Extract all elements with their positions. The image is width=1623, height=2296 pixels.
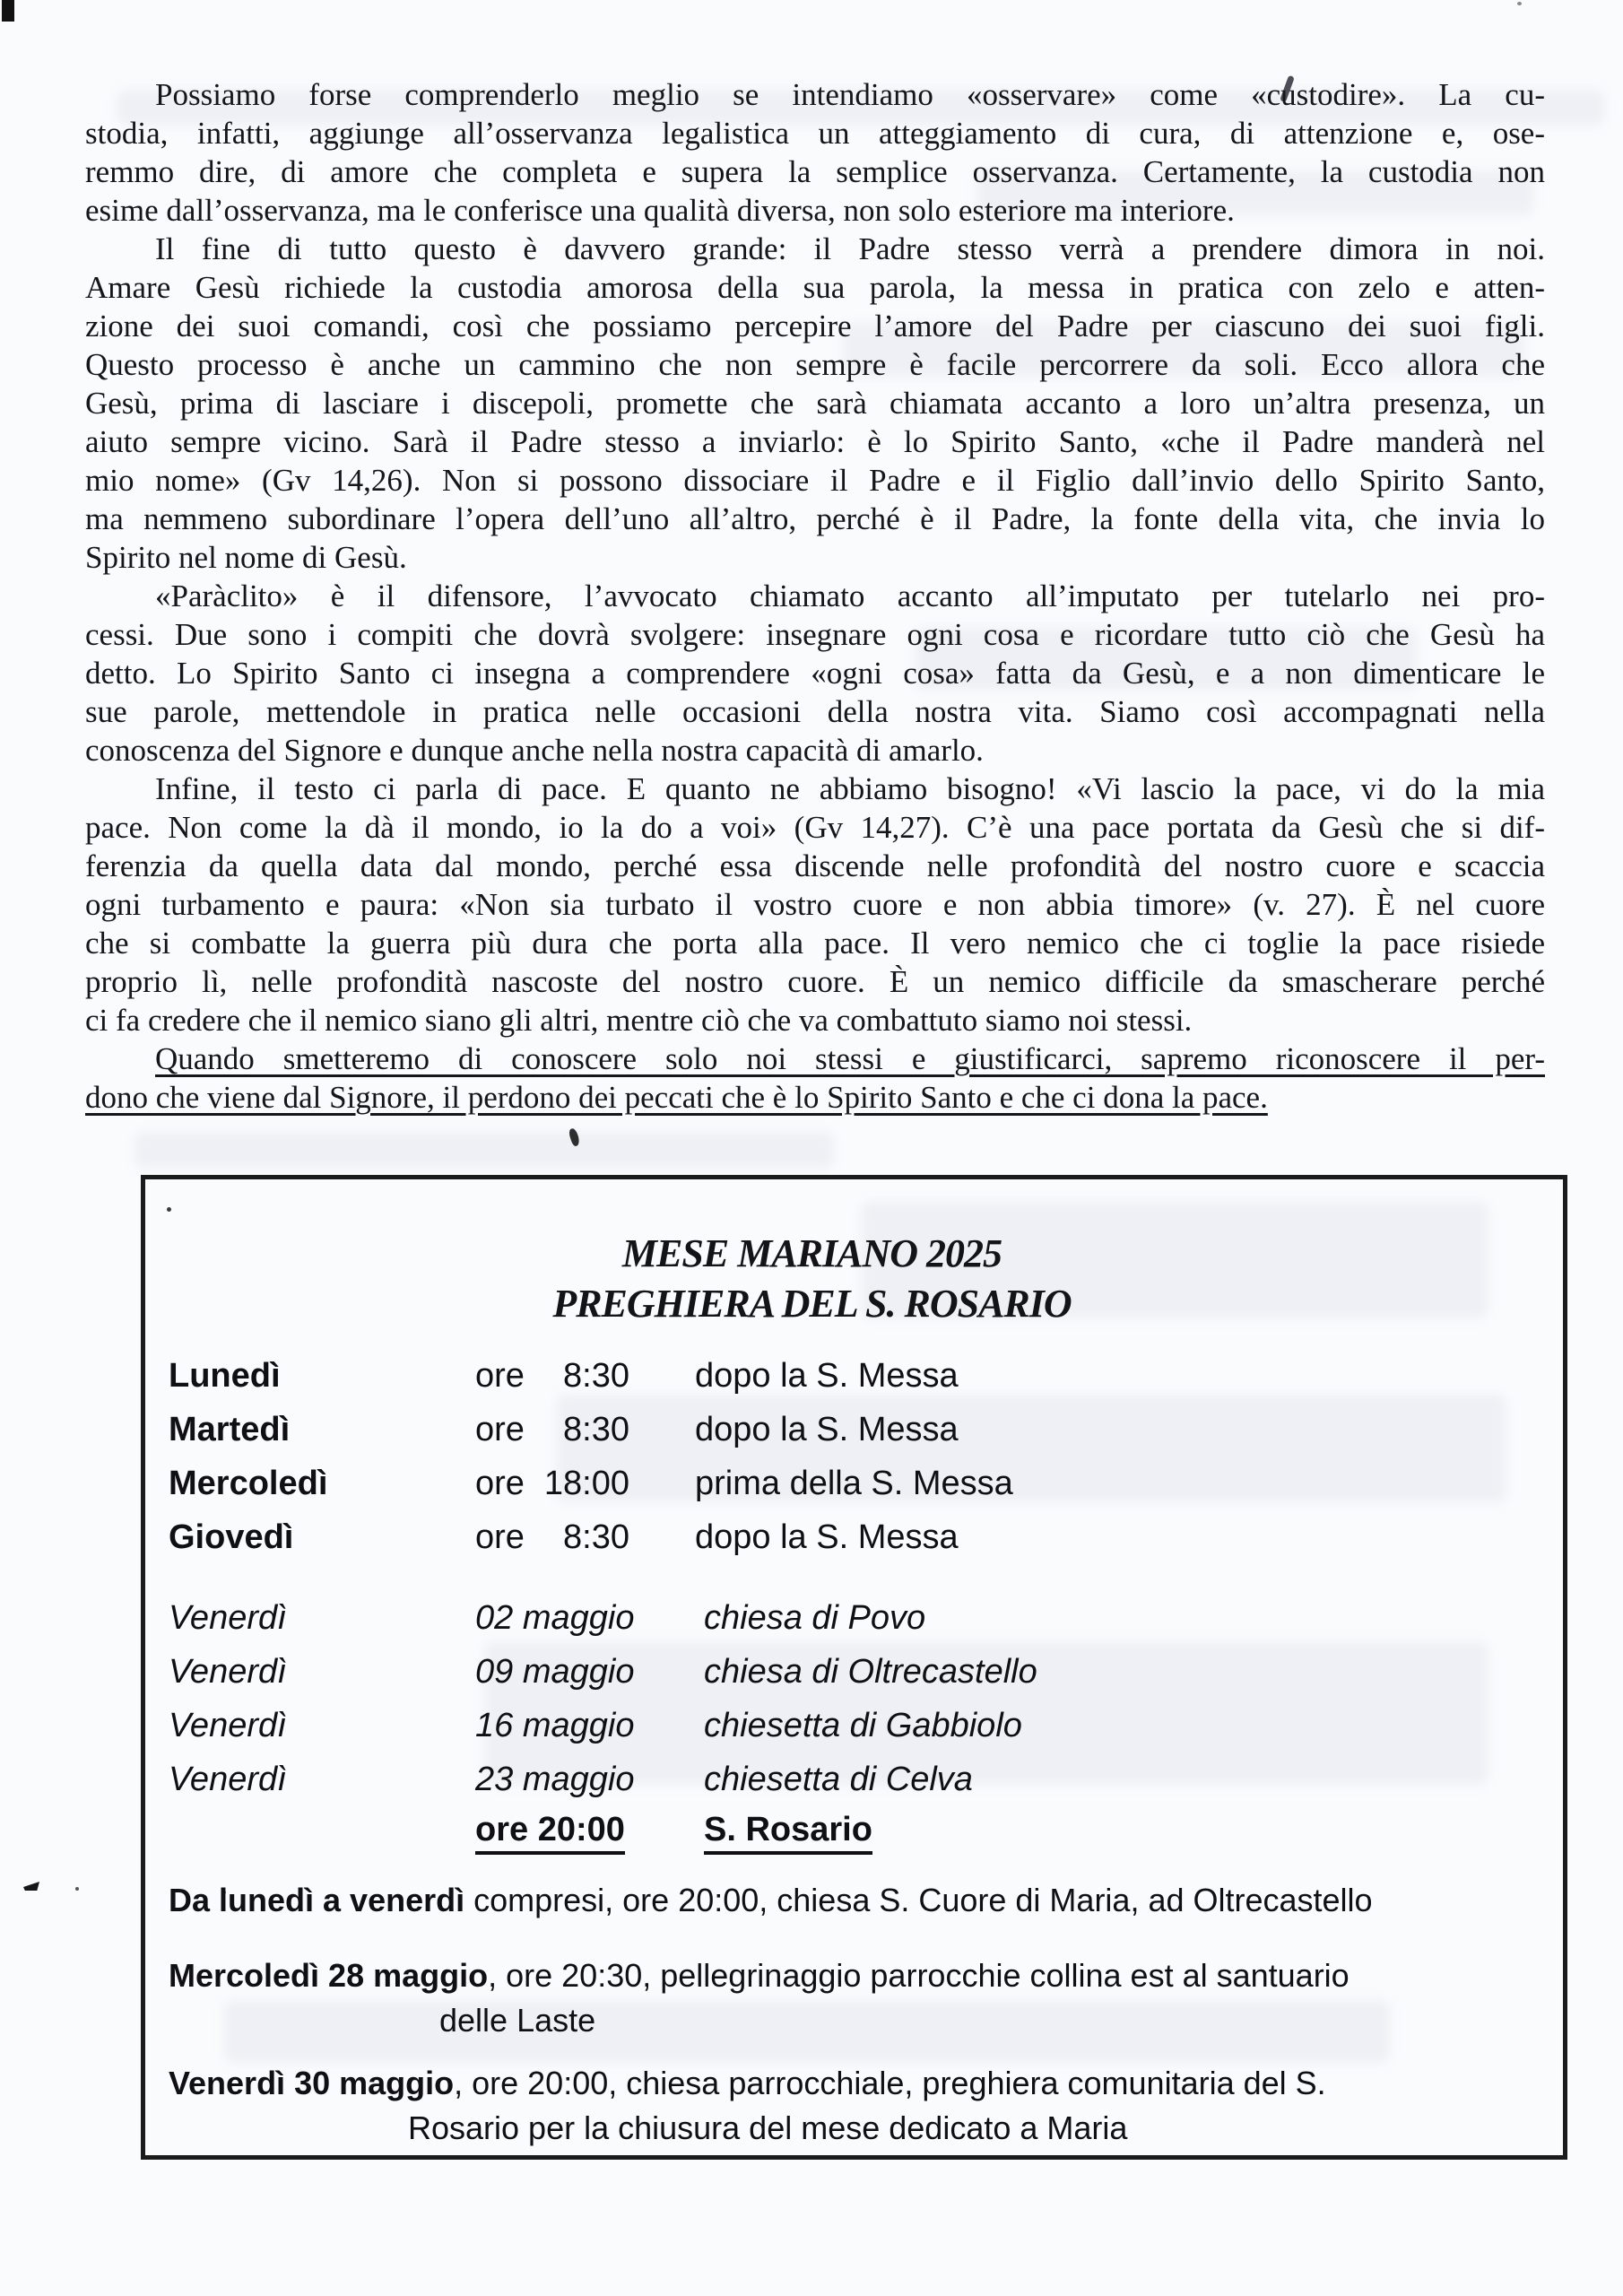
schedule-day: Martedì (169, 1411, 475, 1449)
article-text-line: Amare Gesù richiede la custodia amorosa … (85, 268, 1545, 307)
article-text-line: ma nemmeno subordinare l’opera dell’uno … (85, 500, 1545, 538)
schedule-day: Giovedì (169, 1518, 475, 1557)
weekday-schedule: Lunedì ore 8:30 dopo la S. Messa Martedì… (169, 1349, 1536, 1564)
schedule-detail: dopo la S. Messa (629, 1357, 1536, 1396)
rosary-time: ore 20:00 (475, 1811, 625, 1855)
friday-day: Venerdì (169, 1707, 475, 1745)
friday-place: chiesa di Povo (677, 1599, 1536, 1638)
schedule-row: Lunedì ore 8:30 dopo la S. Messa (169, 1349, 1536, 1403)
note-lead: Da lunedì a venerdì (169, 1882, 464, 1918)
schedule-row: Giovedì ore 8:30 dopo la S. Messa (169, 1510, 1536, 1564)
article-text-line: stodia, infatti, aggiunge all’osservanza… (85, 114, 1545, 152)
schedule-day: Mercoledì (169, 1465, 475, 1503)
rosary-time-row: ore 20:00 S. Rosario (169, 1806, 1536, 1858)
schedule-time: 8:30 (529, 1518, 629, 1557)
note-text: , ore 20:30, pellegrinaggio parrocchie c… (488, 1957, 1350, 1994)
margin-ink-mark (23, 1882, 39, 1891)
schedule-row: Martedì ore 8:30 dopo la S. Messa (169, 1403, 1536, 1457)
article-text-line: Il fine di tutto questo è davvero grande… (85, 230, 1545, 268)
schedule-row: Mercoledì ore 18:00 prima della S. Messa (169, 1457, 1536, 1510)
article-text-line: proprio lì, nelle profondità nascoste de… (85, 962, 1545, 1001)
box-title-line1: MESE MARIANO 2025 (169, 1229, 1455, 1279)
article-text-line: ferenzia da quella data dal mondo, perch… (85, 847, 1545, 885)
rosary-schedule-box: MESE MARIANO 2025 PREGHIERA DEL S. ROSAR… (141, 1175, 1567, 2160)
friday-row: Venerdì 23 maggio chiesetta di Celva (169, 1752, 1536, 1806)
friday-day: Venerdì (169, 1761, 475, 1799)
article-text-line: Infine, il testo ci parla di pace. E qua… (85, 770, 1545, 808)
friday-date: 09 maggio (475, 1653, 677, 1692)
article-text-line: Possiamo forse comprenderlo meglio se in… (85, 75, 1545, 114)
rosary-label: S. Rosario (704, 1811, 872, 1855)
bleed-through-artifact (135, 1132, 834, 1168)
schedule-day: Lunedì (169, 1357, 475, 1396)
article-text-line: zione dei suoi comandi, così che possiam… (85, 307, 1545, 345)
schedule-ore-label: ore (475, 1465, 529, 1503)
friday-date: 16 maggio (475, 1707, 677, 1745)
friday-row: Venerdì 16 maggio chiesetta di Gabbiolo (169, 1699, 1536, 1752)
article-text-line: Questo processo è anche un cammino che n… (85, 345, 1545, 384)
article-text-line: che si combatte la guerra più dura che p… (85, 924, 1545, 962)
schedule-time: 18:00 (529, 1465, 629, 1503)
article-text-line: esime dall’osservanza, ma le conferisce … (85, 191, 1545, 230)
ink-dot-artifact (75, 1887, 79, 1891)
friday-row: Venerdì 09 maggio chiesa di Oltrecastell… (169, 1645, 1536, 1699)
friday-date: 23 maggio (475, 1761, 677, 1799)
article-text-line: Spirito nel nome di Gesù. (85, 538, 1545, 577)
note-text-line2: Rosario per la chiusura del mese dedicat… (169, 2106, 1536, 2151)
friday-day: Venerdì (169, 1653, 475, 1692)
friday-day: Venerdì (169, 1599, 475, 1638)
article-text-line: Quando smetteremo di conoscere solo noi … (85, 1039, 1545, 1078)
schedule-ore-label: ore (475, 1357, 529, 1396)
friday-place: chiesa di Oltrecastello (677, 1653, 1536, 1692)
scanned-document-page: Possiamo forse comprenderlo meglio se in… (0, 0, 1623, 2296)
article-text-line: remmo dire, di amore che completa e supe… (85, 152, 1545, 191)
friday-row: Venerdì 02 maggio chiesa di Povo (169, 1591, 1536, 1645)
article-text-line: sue parole, mettendole in pratica nelle … (85, 692, 1545, 731)
article-text-line: conoscenza del Signore e dunque anche ne… (85, 731, 1545, 770)
note-pilgrimage: Mercoledì 28 maggio, ore 20:30, pellegri… (169, 1953, 1536, 2043)
scan-corner-mark (2, 0, 14, 22)
schedule-time: 8:30 (529, 1357, 629, 1396)
article-text-line: detto. Lo Spirito Santo ci insegna a com… (85, 654, 1545, 692)
article-text-line: mio nome» (Gv 14,26). Non si possono dis… (85, 461, 1545, 500)
article-text-line: aiuto sempre vicino. Sarà il Padre stess… (85, 422, 1545, 461)
schedule-ore-label: ore (475, 1411, 529, 1449)
schedule-ore-label: ore (475, 1518, 529, 1557)
friday-place: chiesetta di Celva (677, 1761, 1536, 1799)
article-text: Possiamo forse comprenderlo meglio se in… (85, 75, 1545, 1117)
article-text-line: «Paràclito» è il difensore, l’avvocato c… (85, 577, 1545, 615)
note-text: compresi, ore 20:00, chiesa S. Cuore di … (464, 1882, 1372, 1918)
friday-date: 02 maggio (475, 1599, 677, 1638)
box-title-line2: PREGHIERA DEL S. ROSARIO (169, 1279, 1455, 1329)
article-text-line: dono che viene dal Signore, il perdono d… (85, 1078, 1545, 1117)
note-text: , ore 20:00, chiesa parrocchiale, preghi… (454, 2065, 1326, 2101)
note-closing: Venerdì 30 maggio, ore 20:00, chiesa par… (169, 2061, 1536, 2151)
note-lead: Mercoledì 28 maggio (169, 1957, 488, 1994)
schedule-detail: dopo la S. Messa (629, 1518, 1536, 1557)
note-lead: Venerdì 30 maggio (169, 2065, 454, 2101)
friday-schedule: Venerdì 02 maggio chiesa di Povo Venerdì… (169, 1591, 1536, 1806)
article-text-line: ci fa credere che il nemico siano gli al… (85, 1001, 1545, 1039)
article-text-line: Gesù, prima di lasciare i discepoli, pro… (85, 384, 1545, 422)
ink-dot-artifact (1517, 2, 1522, 5)
friday-place: chiesetta di Gabbiolo (677, 1707, 1536, 1745)
schedule-time: 8:30 (529, 1411, 629, 1449)
ink-comma-artifact (568, 1127, 581, 1147)
box-notes: Da lunedì a venerdì compresi, ore 20:00,… (169, 1878, 1536, 2151)
note-weekdays: Da lunedì a venerdì compresi, ore 20:00,… (169, 1878, 1536, 1923)
box-title: MESE MARIANO 2025 PREGHIERA DEL S. ROSAR… (169, 1229, 1536, 1329)
schedule-detail: prima della S. Messa (629, 1465, 1536, 1503)
article-text-line: cessi. Due sono i compiti che dovrà svol… (85, 615, 1545, 654)
schedule-detail: dopo la S. Messa (629, 1411, 1536, 1449)
article-text-line: pace. Non come la dà il mondo, io la do … (85, 808, 1545, 847)
note-text-line2: delle Laste (169, 1998, 1536, 2043)
article-text-line: ogni turbamento e paura: «Non sia turbat… (85, 885, 1545, 924)
